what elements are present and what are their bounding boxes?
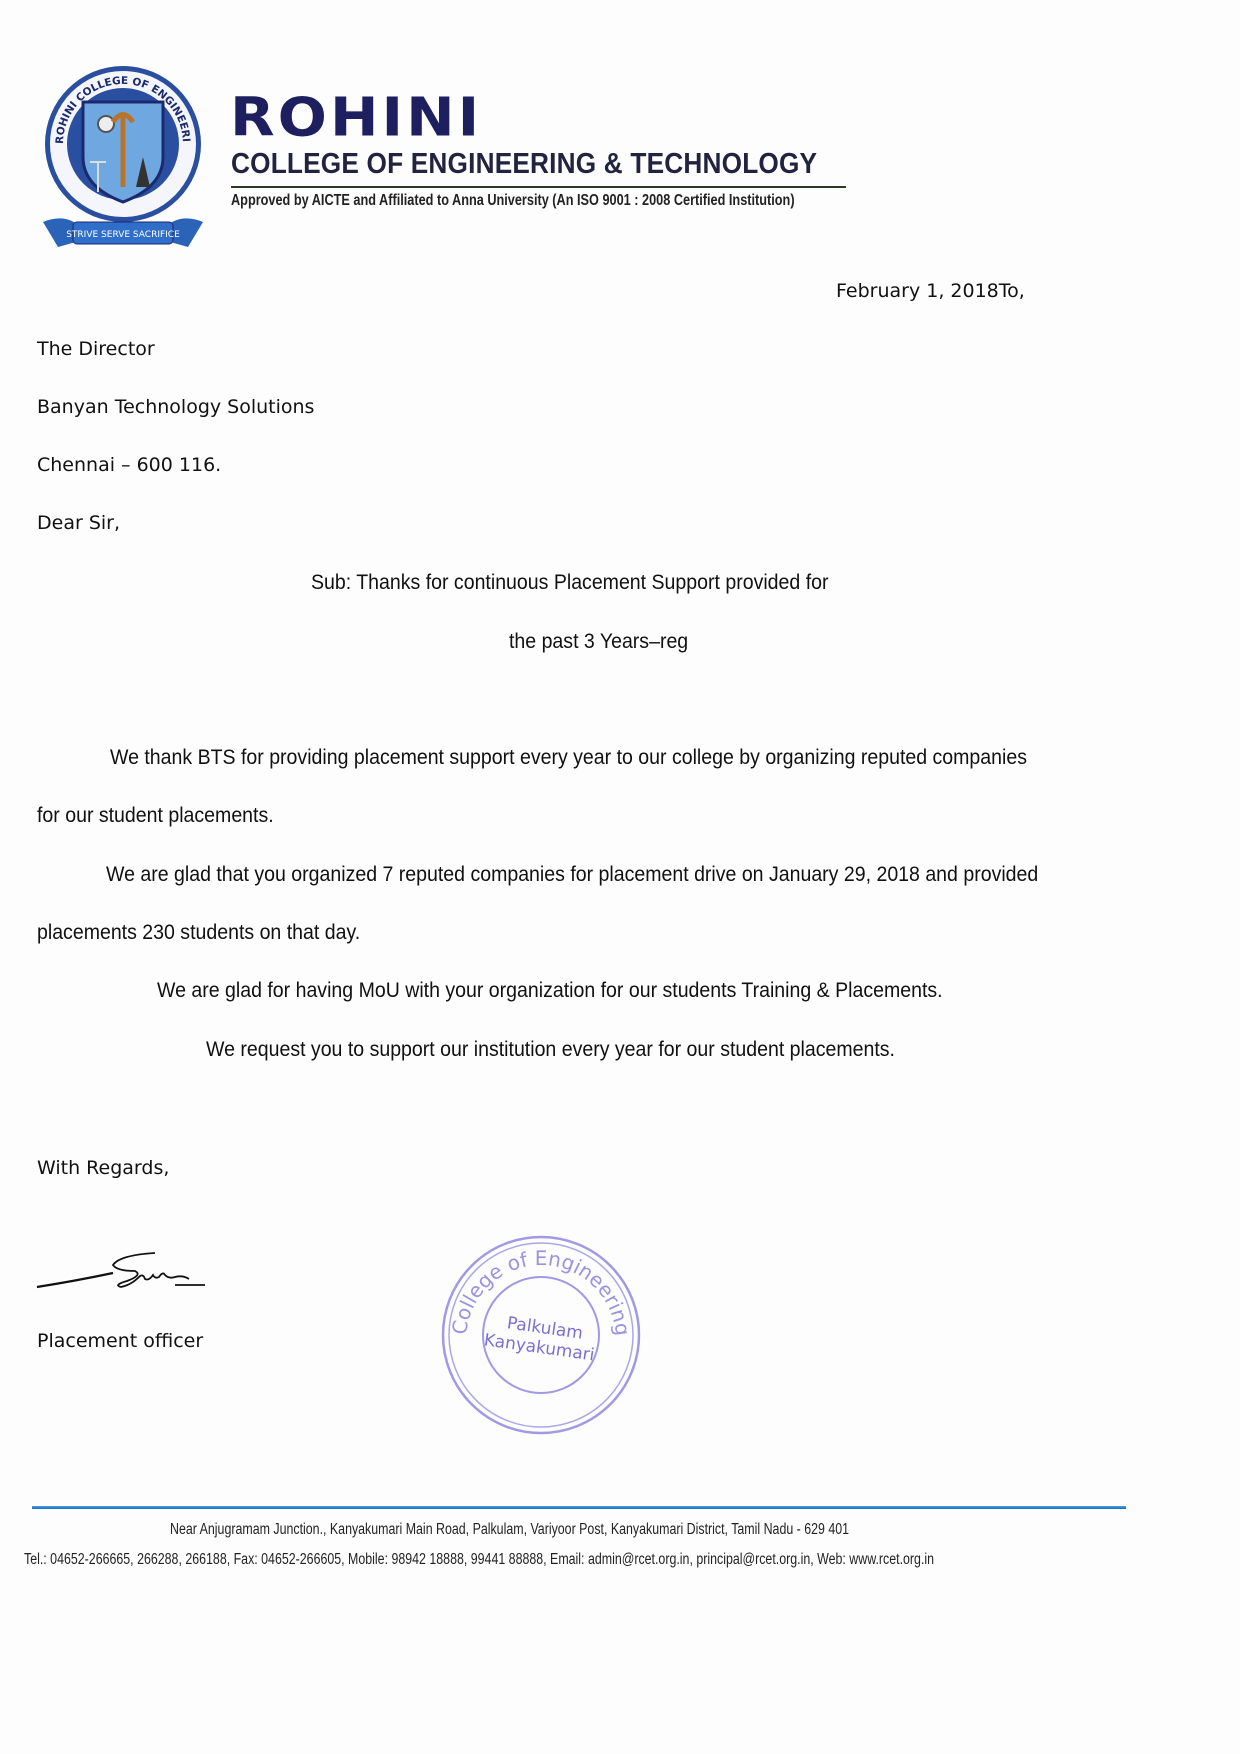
recipient-line-2: Banyan Technology Solutions: [37, 396, 314, 418]
closing: With Regards,: [37, 1157, 169, 1179]
subject-line-2: the past 3 Years–reg: [509, 630, 688, 654]
body-line-1: We thank BTS for providing placement sup…: [110, 746, 1027, 770]
subject-line-1: Sub: Thanks for continuous Placement Sup…: [311, 571, 829, 595]
body-line-6: We request you to support our institutio…: [206, 1038, 895, 1062]
body-line-5: We are glad for having MoU with your org…: [157, 979, 943, 1003]
body-line-4: placements 230 students on that day.: [37, 921, 360, 945]
header-divider: [231, 186, 846, 188]
recipient-line-3: Chennai – 600 116.: [37, 454, 221, 476]
brand-name: ROHINI: [230, 86, 482, 149]
salutation: Dear Sir,: [37, 512, 120, 534]
footer-contact: Tel.: 04652-266665, 266288, 266188, Fax:…: [24, 1551, 934, 1569]
approval-line: Approved by AICTE and Affiliated to Anna…: [231, 192, 795, 210]
recipient-line-1: The Director: [37, 338, 155, 360]
letter-date: February 1, 2018To,: [836, 280, 1025, 302]
college-seal-stamp: College of Engineering & Technology Palk…: [436, 1230, 646, 1440]
footer-divider: [32, 1506, 1126, 1509]
college-name: COLLEGE OF ENGINEERING & TECHNOLOGY: [231, 148, 817, 181]
college-emblem-icon: ROHINI COLLEGE OF ENGINEERING AND TECHNO…: [38, 62, 208, 262]
signatory-title: Placement officer: [37, 1330, 203, 1352]
body-line-2: for our student placements.: [37, 804, 274, 828]
handwritten-signature-icon: [35, 1245, 225, 1305]
svg-text:STRIVE SERVE SACRIFICE: STRIVE SERVE SACRIFICE: [66, 230, 180, 240]
footer-address: Near Anjugramam Junction., Kanyakumari M…: [170, 1521, 849, 1539]
body-line-3: We are glad that you organized 7 reputed…: [106, 863, 1038, 887]
